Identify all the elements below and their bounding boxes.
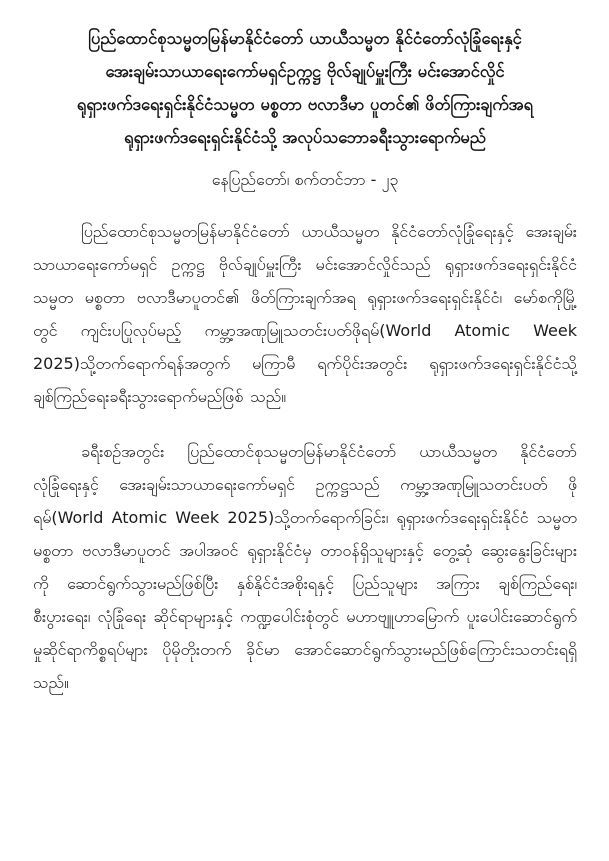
article-paragraph-1: ပြည်ထောင်စုသမ္မတမြန်မာနိုင်ငံတော် ယာယီသမ… — [33, 215, 577, 413]
article-title-line-2: အေးချမ်းသာယာရေးကော်မရှင်ဥက္ကဋ္ဌ ဗိုလ်ချု… — [33, 55, 577, 88]
dateline: နေပြည်တော်၊ စက်တင်ဘာ - ၂၃ — [33, 167, 577, 193]
document-content: ပြည်ထောင်စုသမ္မတမြန်မာနိုင်ငံတော် ယာယီသမ… — [0, 0, 609, 699]
article-paragraph-2: ခရီးစဉ်အတွင်း ပြည်ထောင်စုသမ္မတမြန်မာနိုင… — [33, 435, 577, 699]
article-title-line-3: ရုရှားဖက်ဒရေးရှင်းနိုင်ငံသမ္မတ မစ္စတာ ဗလ… — [33, 88, 577, 121]
document-page: ပြည်ထောင်စုသမ္မတမြန်မာနိုင်ငံတော် ယာယီသမ… — [0, 0, 609, 861]
article-title-line-4: ရုရှားဖက်ဒရေးရှင်းနိုင်ငံသို့ အလုပ်သဘောခ… — [33, 121, 577, 154]
article-title: ပြည်ထောင်စုသမ္မတမြန်မာနိုင်ငံတော် ယာယီသမ… — [33, 22, 577, 154]
article-title-line-1: ပြည်ထောင်စုသမ္မတမြန်မာနိုင်ငံတော် ယာယီသမ… — [33, 22, 577, 55]
